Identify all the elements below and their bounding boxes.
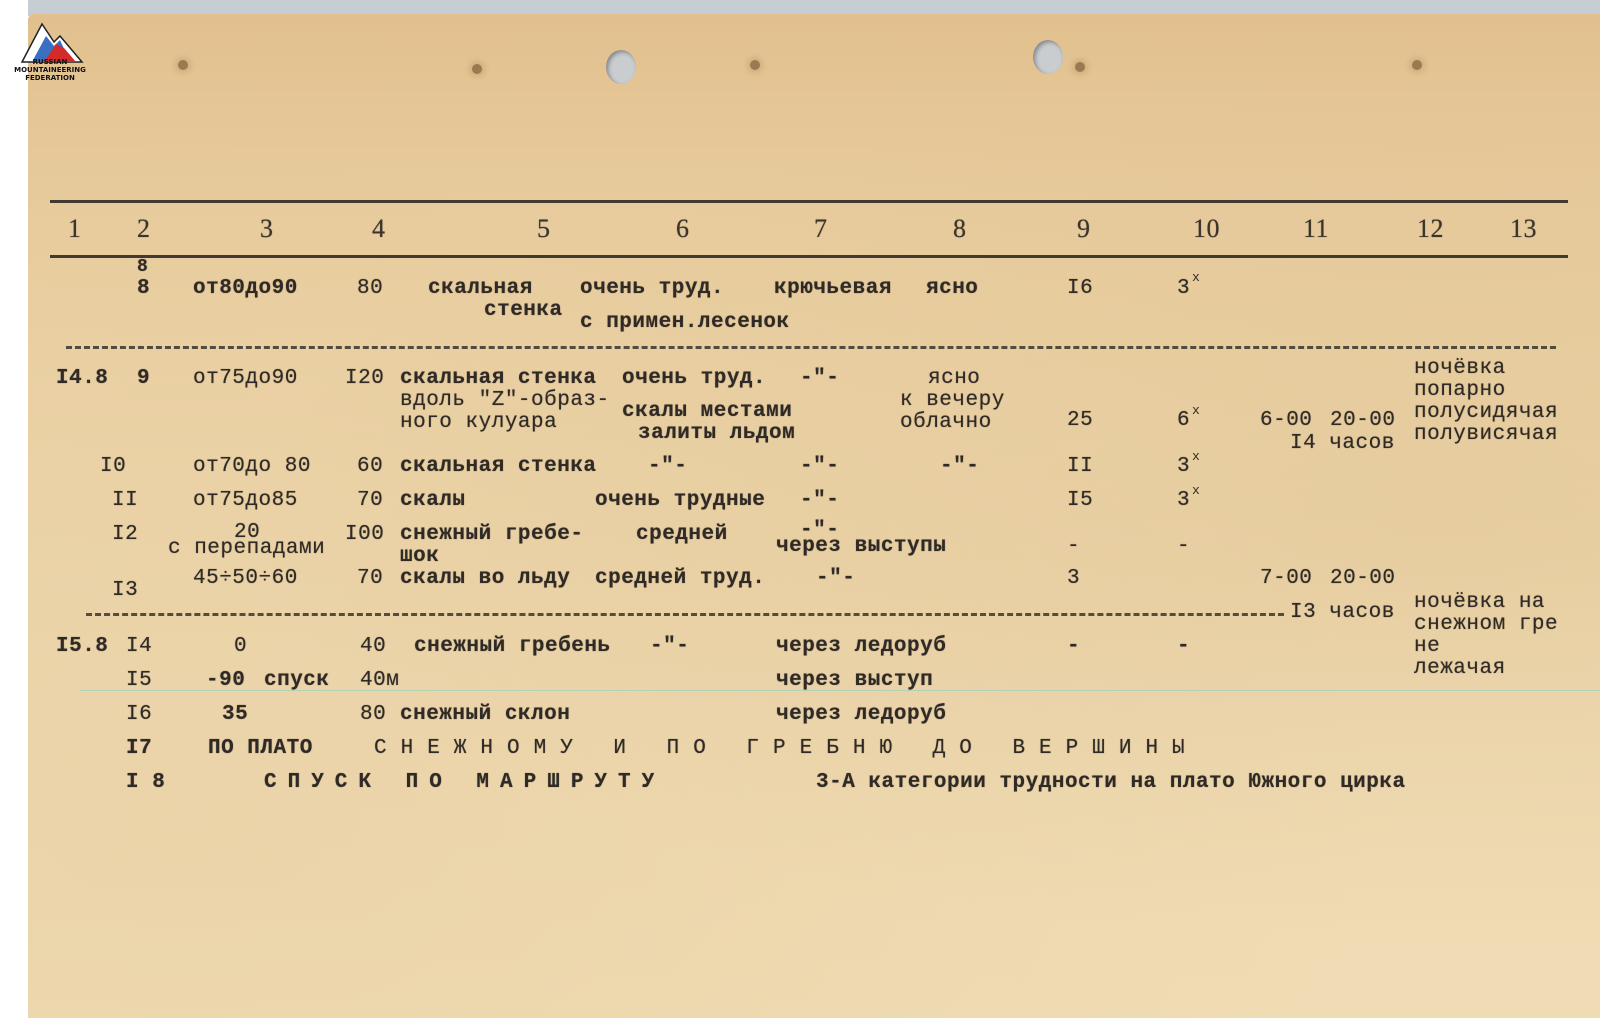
terrain-cell: скалы — [400, 490, 466, 512]
bivouac-cell: попарно — [1414, 380, 1506, 402]
section-number: I4 — [126, 636, 152, 658]
steepness-cell: -90 — [206, 670, 245, 692]
summary-text: 3-А категории трудности на плато Южного … — [816, 772, 1406, 794]
difficulty-cell: средней — [636, 524, 728, 546]
col10-cell: - — [1177, 636, 1190, 658]
belay-note: через выступы — [776, 536, 946, 558]
terrain-cell: скальная стенка — [400, 456, 597, 478]
terrain-cell: скалы во льду — [400, 568, 570, 590]
scanner-left-margin — [0, 0, 28, 1018]
time-start-cell: 6-00 — [1260, 410, 1312, 432]
length-cell: I00 — [345, 524, 384, 546]
column-header: 5 — [537, 218, 551, 240]
col10-superscript: x — [1192, 483, 1200, 498]
time-end-cell: 20-00 — [1330, 568, 1396, 590]
pitons-cell: 3 — [1067, 568, 1080, 590]
section-number: I3 — [112, 580, 138, 602]
column-header: 9 — [1077, 218, 1091, 240]
column-header: 11 — [1303, 218, 1329, 240]
length-cell: 70 — [357, 490, 383, 512]
steepness-cell: от80до90 — [193, 278, 298, 300]
punch-hole — [1033, 40, 1063, 74]
column-header: 4 — [372, 218, 386, 240]
section-number: II — [112, 490, 138, 512]
federation-logo: RUSSIAN MOUNTAINEERING FEDERATION — [4, 6, 96, 86]
bivouac-cell: лежачая — [1414, 658, 1506, 680]
col10-cell: - — [1177, 536, 1190, 558]
length-cell: 40 — [360, 636, 386, 658]
terrain-cell: скальная стенка — [400, 368, 597, 390]
difficulty-cell: очень трудные — [595, 490, 765, 512]
section-number: I 8 — [126, 772, 165, 794]
difficulty-cell: очень труд. — [580, 278, 724, 300]
col10-cell: 3 — [1177, 490, 1190, 512]
col10-superscript: x — [1192, 449, 1200, 464]
length-cell: 60 — [357, 456, 383, 478]
pitons-cell: II — [1067, 456, 1093, 478]
column-header: 12 — [1417, 218, 1444, 240]
column-header: 6 — [676, 218, 690, 240]
logo-line: MOUNTAINEERING — [4, 66, 96, 74]
difficulty-note: скалы местами — [622, 401, 792, 423]
pin-mark — [1075, 62, 1085, 72]
column-header: 10 — [1193, 218, 1220, 240]
section-number: I0 — [100, 456, 126, 478]
column-header: 3 — [260, 218, 274, 240]
steepness-cell: 45÷50÷60 — [193, 568, 298, 590]
row-separator — [86, 613, 1284, 616]
length-cell: 80 — [360, 704, 386, 726]
col10-superscript: x — [1192, 270, 1200, 285]
belay-cell: через ледоруб — [776, 636, 946, 658]
terrain-cell: снежный гребе- — [400, 524, 583, 546]
pin-mark — [1412, 60, 1422, 70]
logo-caption: RUSSIAN MOUNTAINEERING FEDERATION — [4, 58, 96, 82]
bivouac-cell: не — [1414, 636, 1440, 658]
terrain-cell: вдоль "Z"-образ- — [400, 390, 610, 412]
terrain-cell: скальная — [428, 278, 533, 300]
punch-hole — [606, 50, 636, 84]
pin-mark — [750, 60, 760, 70]
steepness-note: с перепадами — [168, 538, 325, 560]
difficulty-cell: средней труд. — [595, 568, 765, 590]
pin-mark — [178, 60, 188, 70]
col10-superscript: x — [1192, 403, 1200, 418]
weather-cell: ясно — [926, 278, 978, 300]
time-start-cell: 7-00 — [1260, 568, 1312, 590]
difficulty-cell: -"- — [650, 636, 689, 658]
belay-cell: через ледоруб — [776, 704, 946, 726]
header-bottom-rule — [50, 255, 1568, 258]
difficulty-note: залиты льдом — [638, 423, 795, 445]
summary-text: СНЕЖНОМУ И ПО ГРЕБНЮ ДО ВЕРШИНЫ — [374, 738, 1199, 760]
length-cell: I20 — [345, 368, 384, 390]
length-cell: 80 — [357, 278, 383, 300]
section-number: I2 — [112, 524, 138, 546]
col10-cell: 3 — [1177, 278, 1190, 300]
length-cell: 40м — [360, 670, 399, 692]
pitons-cell: - — [1067, 536, 1080, 558]
steepness-cell: от75до90 — [193, 368, 298, 390]
weather-cell: к вечеру — [900, 390, 1005, 412]
belay-cell: -"- — [800, 456, 839, 478]
date-cell: I4.8 — [56, 368, 108, 390]
terrain-cell: шок — [400, 546, 439, 568]
steepness-note: спуск — [264, 670, 330, 692]
bivouac-cell: снежном гре — [1414, 614, 1558, 636]
bivouac-cell: полувисячая — [1414, 424, 1558, 446]
weather-cell: -"- — [940, 456, 979, 478]
section-number: I6 — [126, 704, 152, 726]
terrain-cell: снежный склон — [400, 704, 570, 726]
terrain-cell: стенка — [484, 300, 563, 322]
summary-text: ПО ПЛАТО — [208, 738, 313, 760]
length-cell: 70 — [357, 568, 383, 590]
column-header: 8 — [953, 218, 967, 240]
logo-line: FEDERATION — [4, 74, 96, 82]
document-page — [28, 14, 1600, 1018]
section-number: 9 — [137, 368, 150, 390]
time-end-cell: 20-00 — [1330, 410, 1396, 432]
column-header: 13 — [1510, 218, 1537, 240]
column-header: 1 — [68, 218, 82, 240]
section-number: I5 — [126, 670, 152, 692]
bivouac-cell: ночёвка — [1414, 358, 1506, 380]
pin-mark — [472, 64, 482, 74]
bivouac-cell: полусидячая — [1414, 402, 1558, 424]
weather-cell: ясно — [928, 368, 980, 390]
hours-cell: I4 часов — [1290, 433, 1395, 455]
date-cell: I5.8 — [56, 636, 108, 658]
column-header: 2 — [137, 218, 151, 240]
weather-cell: облачно — [900, 412, 992, 434]
terrain-cell: снежный гребень — [414, 636, 611, 658]
terrain-cell: ного кулуара — [400, 412, 557, 434]
col10-cell: 3 — [1177, 456, 1190, 478]
bivouac-cell: ночёвка на — [1414, 592, 1545, 614]
section-number: I7 — [126, 738, 152, 760]
pitons-cell: - — [1067, 636, 1080, 658]
steepness-cell: 0 — [234, 636, 247, 658]
difficulty-note: с примен.лесенок — [580, 312, 790, 334]
belay-cell: через выступ — [776, 670, 933, 692]
row-separator — [66, 346, 1556, 349]
difficulty-cell: очень труд. — [622, 368, 766, 390]
logo-line: RUSSIAN — [4, 58, 96, 66]
col10-cell: 6 — [1177, 410, 1190, 432]
column-header: 7 — [814, 218, 828, 240]
difficulty-cell: -"- — [648, 456, 687, 478]
hours-cell: I3 часов — [1290, 602, 1395, 624]
belay-cell: -"- — [800, 490, 839, 512]
steepness-cell: от75до85 — [193, 490, 298, 512]
summary-text: СПУСК ПО МАРШРУТУ — [264, 772, 665, 794]
belay-cell: -"- — [800, 368, 839, 390]
pitons-cell: I6 — [1067, 278, 1093, 300]
pitons-cell: 25 — [1067, 410, 1093, 432]
table-top-rule — [50, 200, 1568, 203]
section-number-above: 8 — [137, 256, 148, 278]
section-number: 8 — [137, 278, 150, 300]
pitons-cell: I5 — [1067, 490, 1093, 512]
steepness-cell: от70до 80 — [193, 456, 311, 478]
steepness-cell: 35 — [222, 704, 248, 726]
belay-cell: крючьевая — [774, 278, 892, 300]
belay-cell: -"- — [816, 568, 855, 590]
